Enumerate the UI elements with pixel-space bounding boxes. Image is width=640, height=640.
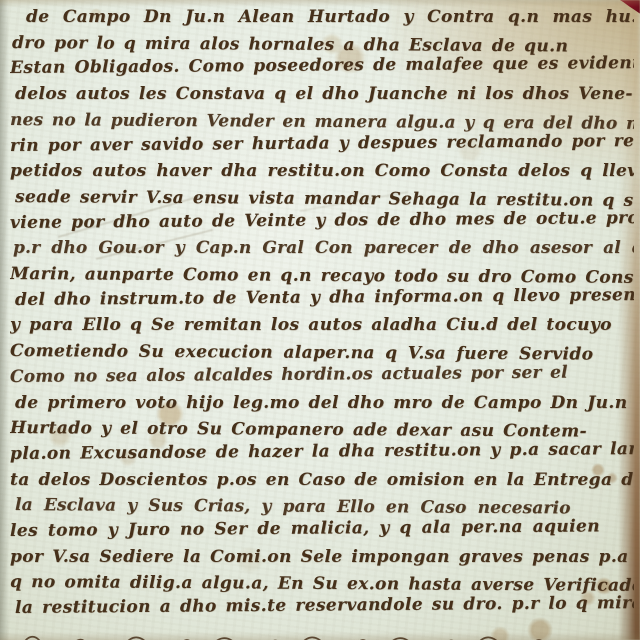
left-edge-shadow	[0, 0, 9, 640]
manuscript-line: Como no sea alos alcaldes hordin.os actu…	[10, 360, 634, 391]
manuscript-line: viene por dho auto de Veinte y dos de dh…	[10, 206, 634, 237]
manuscript-line: p.r dho Gou.or y Cap.n Gral Con parecer …	[10, 236, 634, 262]
manuscript-line: delos autos les Constava q el dho Juanch…	[10, 82, 634, 108]
manuscript-line: la restitucion a dho mis.te reservandole…	[10, 591, 634, 622]
manuscript-line: y para Ello q Se remitan los autos aladh…	[10, 313, 634, 339]
manuscript-line: Estan Obligados. Como poseedores de mala…	[10, 52, 634, 83]
manuscript-line: les tomo y Juro no Ser de malicia, y q a…	[10, 514, 634, 545]
manuscript-line: del dho instrum.to de Venta y dha inform…	[10, 283, 634, 314]
manuscript-line: pla.on Excusandose de hazer la dha resti…	[10, 437, 634, 468]
manuscript-text-block: de Campo Dn Ju.n Alean Hurtado y Contra …	[10, 5, 634, 622]
manuscript-line: de Campo Dn Ju.n Alean Hurtado y Contra …	[10, 5, 634, 31]
manuscript-line: por V.sa Sediere la Comi.on Sele imponga…	[10, 545, 634, 571]
manuscript-line: de primero voto hijo leg.mo del dho mro …	[10, 391, 634, 417]
manuscript-line: petidos autos haver dha restitu.on Como …	[10, 159, 634, 185]
manuscript-page: de Campo Dn Ju.n Alean Hurtado y Contra …	[0, 0, 640, 640]
manuscript-line: rin por aver savido ser hurtada y despue…	[10, 129, 634, 160]
partial-last-line-strokes	[20, 630, 600, 640]
manuscript-line: ta delos Doscientos p.os en Caso de omis…	[10, 468, 634, 494]
